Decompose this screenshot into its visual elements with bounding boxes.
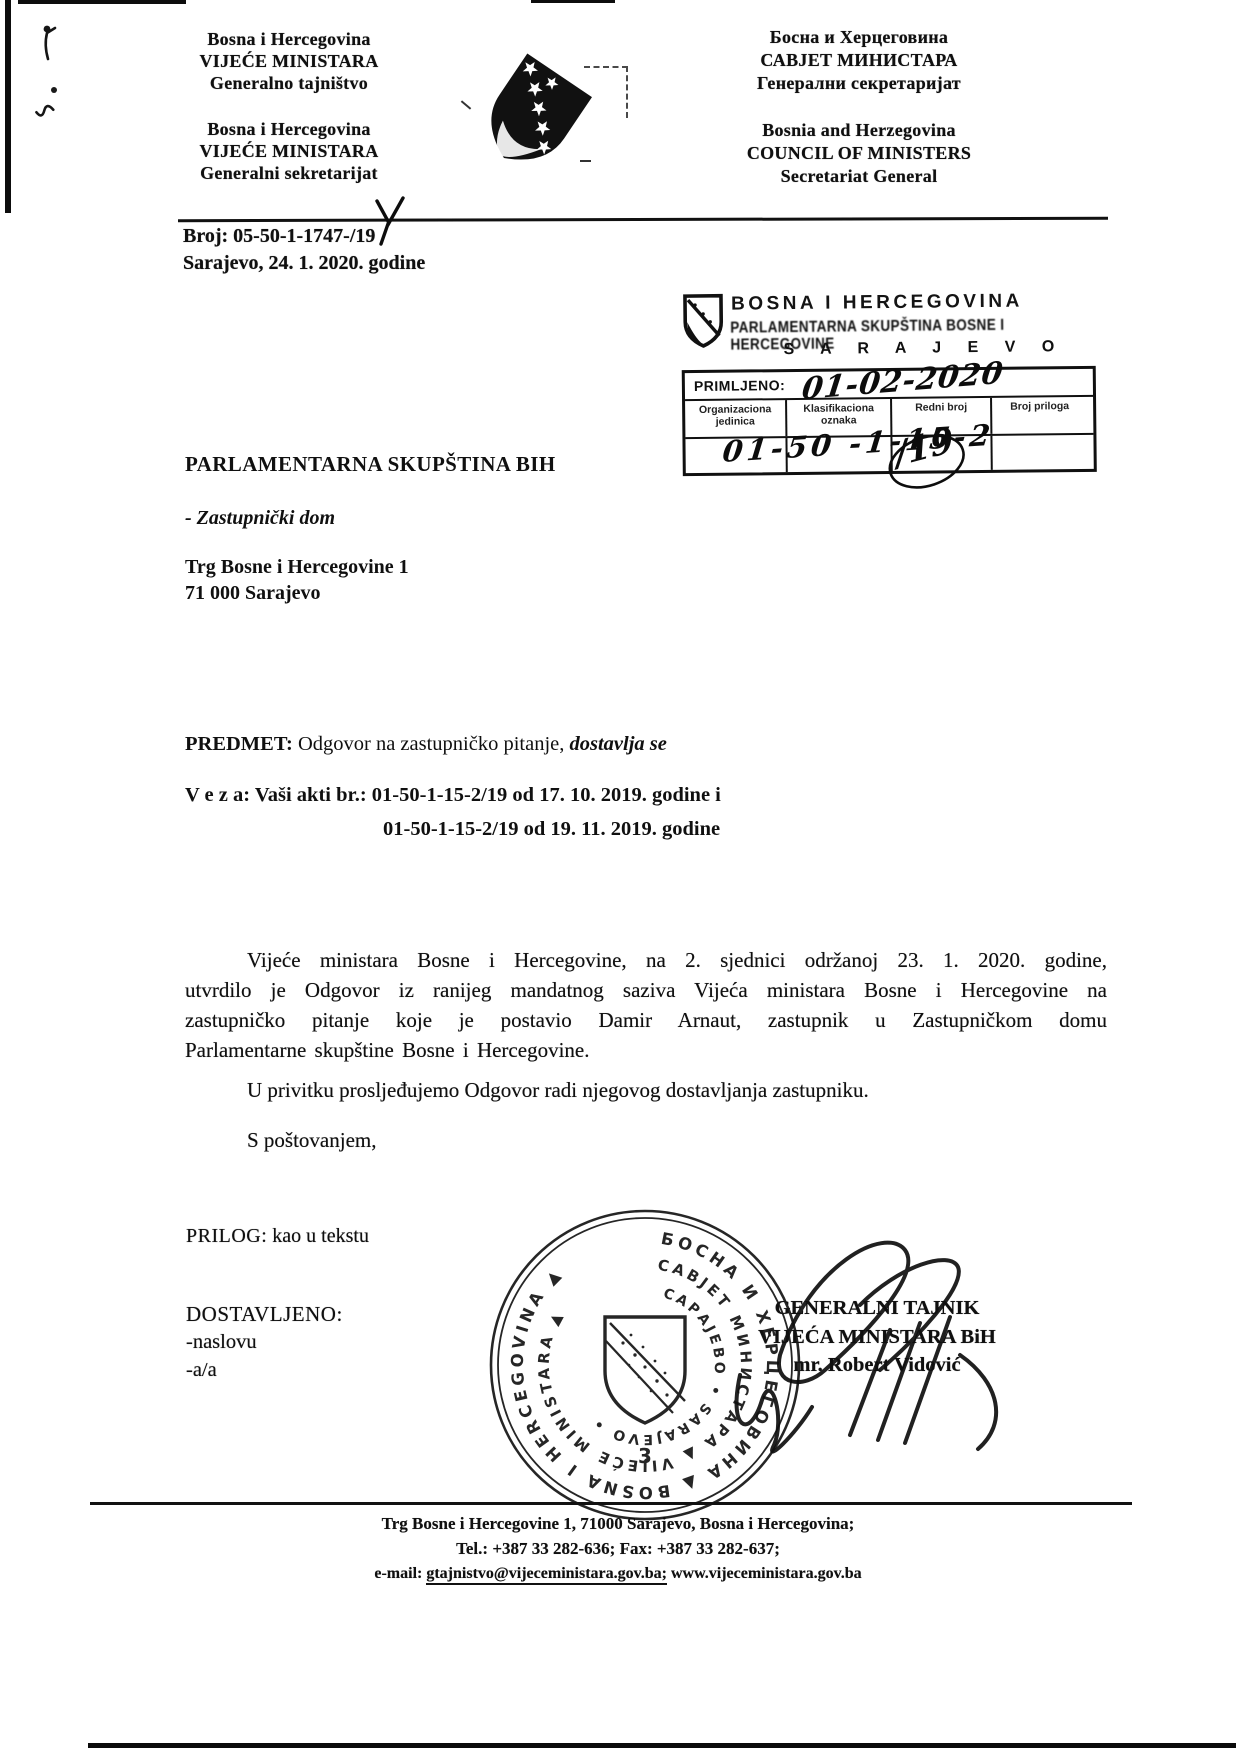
distribution-item: -naslovu (186, 1328, 343, 1356)
addressee-name: PARLAMENTARNA SKUPŠTINA BIH (185, 452, 556, 477)
body-paragraph-2: U privitku prosljeđujemo Odgovor radi nj… (247, 1078, 869, 1103)
place-date: Sarajevo, 24. 1. 2020. godine (183, 250, 425, 277)
letterhead-line: Bosna i Hercegovina (148, 118, 430, 140)
body-line: Parlamentarne skupštine Bosne i Hercegov… (185, 1035, 1107, 1065)
footer-divider (90, 1502, 1132, 1505)
parliament-shield-icon (679, 292, 728, 350)
letterhead-line: COUNCIL OF MINISTERS (698, 142, 1020, 165)
attachment-label: PRILOG: (186, 1225, 267, 1247)
reference-number-prefix: Broj: 05-50-1-1747- (183, 225, 350, 247)
handwritten-signature (700, 1235, 1040, 1485)
body-line: utvrdilo je Odgovor iz ranijeg mandatnog… (185, 975, 1107, 1005)
footer-address: Trg Bosne i Hercegovine 1, 71000 Sarajev… (118, 1511, 1118, 1536)
stamp-number: 3 (638, 1444, 652, 1468)
letterhead-line: Bosnia and Herzegovina (698, 119, 1020, 142)
letterhead-line: САВЈЕТ МИНИСТАРА (698, 49, 1020, 72)
scanned-letter-page: Bosna i Hercegovina VIJEĆE MINISTARA Gen… (0, 0, 1236, 1753)
footer-phone: Tel.: +387 33 282-636; Fax: +387 33 282-… (118, 1536, 1118, 1561)
distribution-block: DOSTAVLJENO: -naslovu -a/a (186, 1300, 343, 1384)
subject-line: PREDMET: Odgovor na zastupničko pitanje,… (185, 733, 667, 756)
handwritten-digit-mark (372, 196, 408, 248)
footer-email: gtajnistvo@vijeceministara.gov.ba; (426, 1565, 667, 1585)
letterhead-left: Bosna i Hercegovina VIJEĆE MINISTARA Gen… (148, 28, 430, 184)
related-acts-line2: 01-50-1-15-2/19 od 19. 11. 2019. godine (383, 812, 721, 846)
letterhead-line: VIJEĆE MINISTARA (148, 50, 430, 72)
header-divider (178, 217, 1108, 222)
stamp-center-shield (605, 1317, 685, 1423)
letterhead-right: Босна и Херцеговина САВЈЕТ МИНИСТАРА Ген… (698, 26, 1020, 188)
footer-email-label: e-mail: (374, 1565, 426, 1582)
body-line: zastupničko pitanje koje je postavio Dam… (185, 1005, 1107, 1035)
body-paragraph-1: Vijeće ministara Bosne i Hercegovine, na… (185, 945, 1107, 1065)
letterhead-line: Generalno tajništvo (148, 72, 430, 94)
scan-edge-top2 (531, 0, 615, 3)
footer: Trg Bosne i Hercegovine 1, 71000 Sarajev… (118, 1511, 1118, 1586)
addressee-city: 71 000 Sarajevo (185, 582, 321, 605)
received-stamp: BOSNA I HERCEGOVINA PARLAMENTARNA SKUPŠT… (677, 288, 1099, 502)
closing-salutation: S poštovanjem, (247, 1128, 377, 1153)
letterhead-line: Secretariat General (698, 165, 1020, 188)
column-header: Broj priloga (992, 397, 1087, 434)
scan-edge-bottom (88, 1743, 1236, 1748)
pen-dot-icon (50, 86, 58, 94)
pen-squiggle-icon (34, 100, 60, 118)
footer-website: www.vijeceministara.gov.ba (667, 1565, 862, 1582)
letterhead-line: Босна и Херцеговина (698, 26, 1020, 49)
coat-of-arms-icon (468, 52, 598, 182)
distribution-item: -a/a (186, 1356, 343, 1384)
letterhead-line: Генерални секретаријат (698, 72, 1020, 95)
distribution-label: DOSTAVLJENO: (186, 1300, 343, 1328)
letterhead-line: VIJEĆE MINISTARA (148, 140, 430, 162)
scan-edge-top (18, 0, 186, 4)
footer-contacts: e-mail: gtajnistvo@vijeceministara.gov.b… (118, 1561, 1118, 1586)
attachment-value: kao u tekstu (267, 1225, 369, 1247)
subject-emphasis: dostavlja se (570, 733, 667, 755)
received-stamp-title: BOSNA I HERCEGOVINA (731, 291, 1023, 316)
body-line: Vijeće ministara Bosne i Hercegovine, na… (185, 945, 1107, 975)
letterhead-line: Bosna i Hercegovina (148, 28, 430, 50)
attachment-line: PRILOG: kao u tekstu (186, 1225, 369, 1248)
addressee-street: Trg Bosne i Hercegovine 1 (185, 556, 409, 579)
pen-mark-icon (38, 24, 64, 62)
addressee-department: - Zastupnički dom (185, 507, 335, 530)
related-acts-line1: V e z a: Vaši akti br.: 01-50-1-15-2/19 … (185, 778, 721, 812)
related-acts: V e z a: Vaši akti br.: 01-50-1-15-2/19 … (185, 778, 721, 846)
letterhead-line: Generalni sekretarijat (148, 162, 430, 184)
received-label: PRIMLJENO: (694, 377, 786, 394)
received-stamp-city: S A R A J E V O (783, 338, 1065, 359)
subject-label: PREDMET: (185, 733, 293, 755)
scan-edge-left (5, 0, 11, 213)
subject-text: Odgovor na zastupničko pitanje, (293, 733, 570, 755)
